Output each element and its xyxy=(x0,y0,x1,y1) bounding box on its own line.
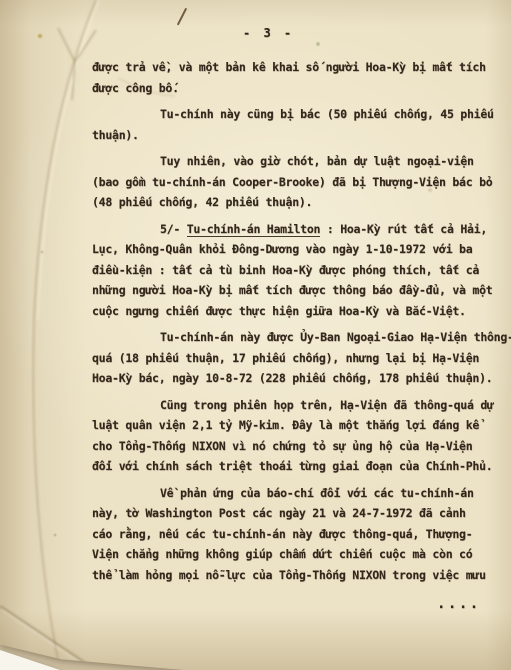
text-line: quá (18 phiếu thuận, 17 phiếu chống), nh… xyxy=(92,348,494,369)
paragraph: Tuy nhiên, vào giờ chót, bản dự luật ngo… xyxy=(92,151,494,213)
text-line: Cũng trong phiên họp trên, Hạ-Viện đã th… xyxy=(92,395,494,416)
text-line: (bao gồm tu-chính-án Cooper-Brooke) đã b… xyxy=(92,172,494,193)
text-segment: 5/- xyxy=(160,222,187,236)
text-segment: : Hoa-Kỳ rút tất cả Hải, xyxy=(320,222,487,236)
text-line: được công bố. xyxy=(92,78,494,99)
text-line: thể làm hỏng mọi nỗ-lực của Tổng-Thống N… xyxy=(92,565,494,586)
scanned-document-photo: { "document": { "page_number": "- 3 -", … xyxy=(0,0,511,670)
text-line: (48 phiếu chống, 42 phiếu thuận). xyxy=(92,192,494,213)
text-line: thuận). xyxy=(92,125,494,146)
text-line: này, tờ Washington Post các ngày 21 và 2… xyxy=(92,503,494,524)
document-body: được trả về, và một bản kê khai số người… xyxy=(92,57,494,585)
paper-sheet: - 3 - được trả về, và một bản kê khai số… xyxy=(0,0,511,670)
paragraph: 5/- Tu-chính-án Hamilton : Hoa-Kỳ rút tấ… xyxy=(92,219,494,322)
text-line: cáo rằng, nếu các tu-chính-án này được t… xyxy=(92,524,494,545)
text-line: cuộc ngưng chiến được thực hiện giữa Hoa… xyxy=(92,301,494,322)
underlined-heading: Tu-chính-án Hamilton xyxy=(187,222,320,238)
paragraph: Về phản ứng của báo-chí đối với các tu-c… xyxy=(92,483,494,586)
page-number: - 3 - xyxy=(243,26,294,40)
text-line: đối với chính sách triệt thoái từng giai… xyxy=(92,456,494,477)
text-line: điều-kiện : tất cả tù binh Hoa-Kỳ được p… xyxy=(92,260,494,281)
closing-dots: .... xyxy=(437,596,481,612)
text-line: Tu-chính-án này được Ủy-Ban Ngoại-Giao H… xyxy=(92,327,494,348)
text-line: Lục, Không-Quân khỏi Đông-Dương vào ngày… xyxy=(92,239,494,260)
text-line: Hoa-Kỳ bác, ngày 10-8-72 (228 phiếu chốn… xyxy=(92,368,494,389)
text-line: Tu-chính này cũng bị bác (50 phiếu chống… xyxy=(92,104,494,125)
text-line: 5/- Tu-chính-án Hamilton : Hoa-Kỳ rút tấ… xyxy=(92,219,494,240)
text-line: được trả về, và một bản kê khai số người… xyxy=(92,57,494,78)
text-line: Tuy nhiên, vào giờ chót, bản dự luật ngo… xyxy=(92,151,494,172)
handwritten-slash-mark xyxy=(177,8,187,26)
text-line: những người Hoa-Kỳ bị mất tích được thôn… xyxy=(92,280,494,301)
text-line: Viện chẳng những không giúp chấm dứt chi… xyxy=(92,544,494,565)
text-line: cho Tổng-Thống NIXON vì nó chứng tỏ sự ủ… xyxy=(92,436,494,457)
text-line: luật quân viện 2,1 tỷ Mỹ-kim. Đây là một… xyxy=(92,415,494,436)
paragraph: được trả về, và một bản kê khai số người… xyxy=(92,57,494,98)
text-line: Về phản ứng của báo-chí đối với các tu-c… xyxy=(92,483,494,504)
paragraph: Tu-chính này cũng bị bác (50 phiếu chống… xyxy=(92,104,494,145)
paragraph: Cũng trong phiên họp trên, Hạ-Viện đã th… xyxy=(92,395,494,477)
paragraph: Tu-chính-án này được Ủy-Ban Ngoại-Giao H… xyxy=(92,327,494,389)
paper-sheet-wrapper: - 3 - được trả về, và một bản kê khai số… xyxy=(0,0,511,670)
